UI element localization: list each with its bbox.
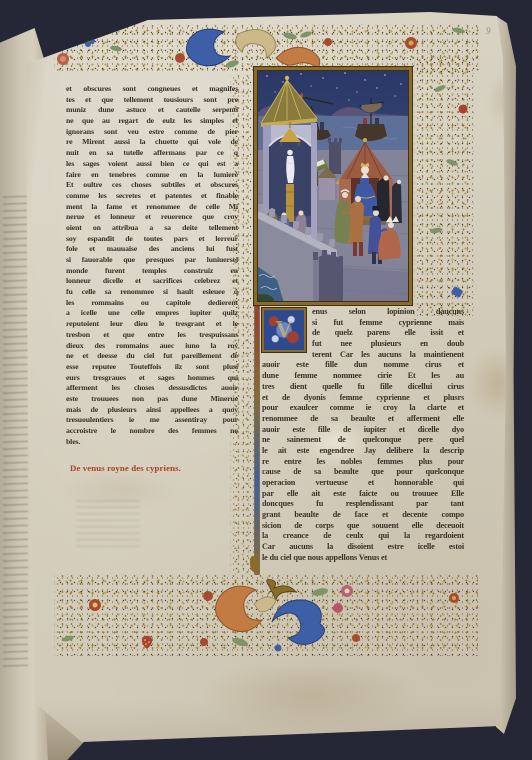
text-line: tresuoulentiers ie me assentiray pour <box>66 415 238 426</box>
text-line: les sages voient aussi bien ce qui est a <box>66 159 238 170</box>
text-line: Car aucuns la disoient estre icelle esto… <box>262 542 464 553</box>
previous-leaf-text-blur <box>3 196 28 671</box>
acanthus-ornament <box>168 24 338 72</box>
text-line: muniz dune astuce et cautelle serpenti <box>66 105 238 116</box>
text-line: sicion de corps que souuent elle deceuoi… <box>262 521 464 532</box>
text-line: tres dient quelle fu fille dicellui ciru… <box>262 382 464 393</box>
text-line: mais de plusieurs ainsi appellees a quoy <box>66 405 238 416</box>
right-border-decoration <box>414 54 474 316</box>
berry-ornament <box>458 104 468 114</box>
text-line: este trouuees non pas dune Minerue <box>66 394 238 405</box>
text-line: cause de sa beaulte que pour quelconque <box>262 467 464 478</box>
text-line: monde furent temples construiz en <box>66 266 238 277</box>
flower-ornament <box>340 584 354 598</box>
text-line: operacion vertueuse et honnorable qui <box>262 478 464 489</box>
text-line: comme les secretes et patentes et finabl… <box>66 191 238 202</box>
text-line: Et oultre ces choses subtiles et obscure… <box>66 180 238 191</box>
folio-mark: 9 <box>486 26 491 36</box>
text-line: doncques fu resplendissant par tant <box>262 499 464 510</box>
text-line: reputoient leur dieu le tresgrant et le <box>66 319 238 330</box>
strawberry-ornament <box>140 634 154 650</box>
parchment-stain <box>200 660 420 730</box>
text-line: a icelle une celle empres iupiter quilz <box>66 308 238 319</box>
text-line: tresbon et que entre les trespuissans <box>66 330 238 341</box>
text-line: renommee de sa beaulte et afferment elle <box>262 414 464 425</box>
text-line: fu celle sa renommee si hault esleuee q <box>66 287 238 298</box>
text-line: par elle ait este faicte ou trouuee Elle <box>262 489 464 500</box>
manuscript-page: et obscures sont congneues et magnifeste… <box>0 0 532 760</box>
text-line: tes et que tellement tousiours sont pre <box>66 95 238 106</box>
rubric-heading: De venus royne des cypriens. <box>70 463 260 473</box>
text-line: ment la fame et renommee de celle Mi <box>66 202 238 213</box>
text-line: et de dyonis femme cyprienne et plusrs <box>262 393 464 404</box>
manuscript-photo: et obscures sont congneues et magnifeste… <box>0 0 532 760</box>
text-line: nuit en sa tutelle affermans par ce q <box>66 148 238 159</box>
flower-ornament <box>404 36 418 50</box>
text-line: auoir este fille de iupiter et dicelle d… <box>262 425 464 436</box>
thistle-ornament <box>250 556 258 572</box>
text-line: eurs tresgraues et sages hommes qui <box>66 373 238 384</box>
round-tower <box>313 250 343 306</box>
text-line: soy espandit de toutes pars et lerreur <box>66 234 238 245</box>
illuminated-initial-V: V <box>262 308 306 352</box>
text-line: fole et mauuaise des anciens lui fust <box>66 244 238 255</box>
miniature-venus-painting <box>253 66 413 306</box>
text-line: grant beaulte de face et decente compo <box>262 510 464 521</box>
text-line: oient on attribua a sa deite tellement <box>66 223 238 234</box>
text-line: ne sainement de quelconque pere quel <box>262 435 464 446</box>
text-line: re entre les nobles femmes plus pour <box>262 457 464 468</box>
text-line: afferment les choses dessusdictes auoir <box>66 383 238 394</box>
text-line: faire en tenebres comme en la lumiere <box>66 170 238 181</box>
text-line: re Mirent aussi la chuette qui vole de <box>66 137 238 148</box>
text-line: accroistre le nombre des femmes no <box>66 426 238 437</box>
initial-letter: V <box>264 310 304 350</box>
text-line: la creance de ceulx qui la regardoient <box>262 531 464 542</box>
right-text-column: V enus selon lopinion daucunssi fut femm… <box>262 307 464 564</box>
flower-ornament <box>88 598 102 612</box>
parchment-stain <box>468 348 528 418</box>
left-text-column: et obscures sont congneues et magnifeste… <box>66 84 238 447</box>
text-line: ne que au regart de eulz les simples et <box>66 116 238 127</box>
text-line: et obscures sont congneues et magnifes <box>66 84 238 95</box>
flower-ornament <box>56 52 70 66</box>
flower-ornament <box>448 592 460 604</box>
text-line: les rommains ou capitole dedierent <box>66 298 238 309</box>
text-line: nerue et lonneur et reuerence que croy <box>66 212 238 223</box>
text-line: esse reputee Touteffois ilz sont plusi <box>66 362 238 373</box>
text-line: ignorans sont veu estre comme de pier <box>66 127 238 138</box>
text-line: auoir este fille dun nomme cirus et <box>262 360 464 371</box>
text-line: le du ciel que nous appellons Venus et <box>262 553 464 564</box>
text-line: pour exaulcer comme ie croy la clarte et <box>262 403 464 414</box>
text-line: bles. <box>66 437 238 448</box>
text-line: ne et deesse du ciel fut pareillement de <box>66 351 238 362</box>
acanthus-ornament <box>168 578 368 656</box>
text-line: dune femme nommee cirie Et les au <box>262 371 464 382</box>
flower-ornament <box>80 32 96 48</box>
ink-showthrough <box>76 500 140 548</box>
text-line: dieux des rommains auec iuno la roy <box>66 341 238 352</box>
text-line: si fauorable que presques par luniuersel <box>66 255 238 266</box>
text-line: lonneur dicelle et sacrifices celebrez e… <box>66 276 238 287</box>
text-line: le ait este engendree Jay delibere la de… <box>262 446 464 457</box>
